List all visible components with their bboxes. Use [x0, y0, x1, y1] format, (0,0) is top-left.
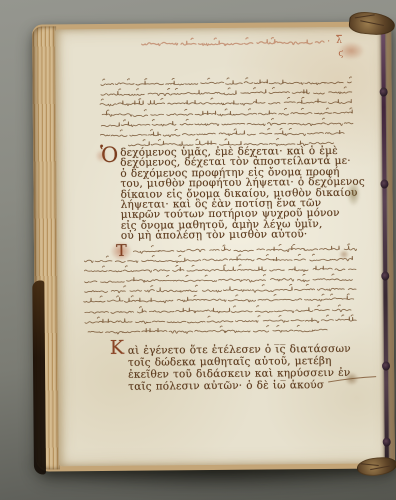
commentary-block-middle: [55, 26, 387, 29]
stain: [344, 177, 362, 211]
stain: [342, 370, 361, 388]
stain: [333, 39, 369, 63]
running-title: [55, 26, 387, 29]
stitch-knot: [380, 87, 388, 96]
initial-kappa: Κ: [110, 339, 124, 358]
handwritten-line: [141, 35, 325, 50]
manuscript-book: · λ ϛ Ὁ δεχόμενος ὑμᾶς, ἐμὲ δέχεται· καὶ…: [32, 21, 395, 471]
lemma-line: αὶ ἐγένετο ὅτε ἐτέλεσεν ὁ ι̅ς̅ διατάσσων: [128, 344, 351, 356]
stain: [337, 248, 351, 261]
stitch-knot: [380, 179, 388, 188]
commentary-block-top: [55, 26, 387, 29]
stitch-knot: [381, 271, 389, 280]
lemma-line: οὐ μὴ ἀπολέσῃ τὸν μισθὸν αὐτοῦ·: [121, 229, 308, 241]
stitch-knot: [382, 361, 390, 370]
lemma-line: ἐκεῖθεν τοῦ διδάσκειν καὶ κηρύσσειν ἐν: [128, 368, 350, 380]
lemma-line: ταῖς πόλεσιν αὐτῶν· ὁ δὲ ἰω̅ ἀκούσ: [128, 380, 324, 392]
stitch-knot: [383, 437, 391, 446]
manuscript-page: · λ ϛ Ὁ δεχόμενος ὑμᾶς, ἐμὲ δέχεται· καὶ…: [55, 26, 391, 466]
lemma-block-1: δεχόμενος ὑμᾶς, ἐμὲ δέχεται· καὶ ὁ ἐμὲδε…: [55, 26, 387, 29]
handwritten-line: [88, 323, 328, 338]
stain: [107, 239, 135, 264]
lemma-line: τοῖς δώδεκα μαθηταῖς αὐτοῦ, μετέβη: [128, 356, 332, 368]
cover-edge: [32, 280, 46, 474]
quire-mark-dot: ·: [327, 38, 330, 47]
stain: [93, 147, 109, 165]
lemma-block-2: αὶ ἐγένετο ὅτε ἐτέλεσεν ὁ ι̅ς̅ διατάσσων…: [55, 26, 387, 29]
